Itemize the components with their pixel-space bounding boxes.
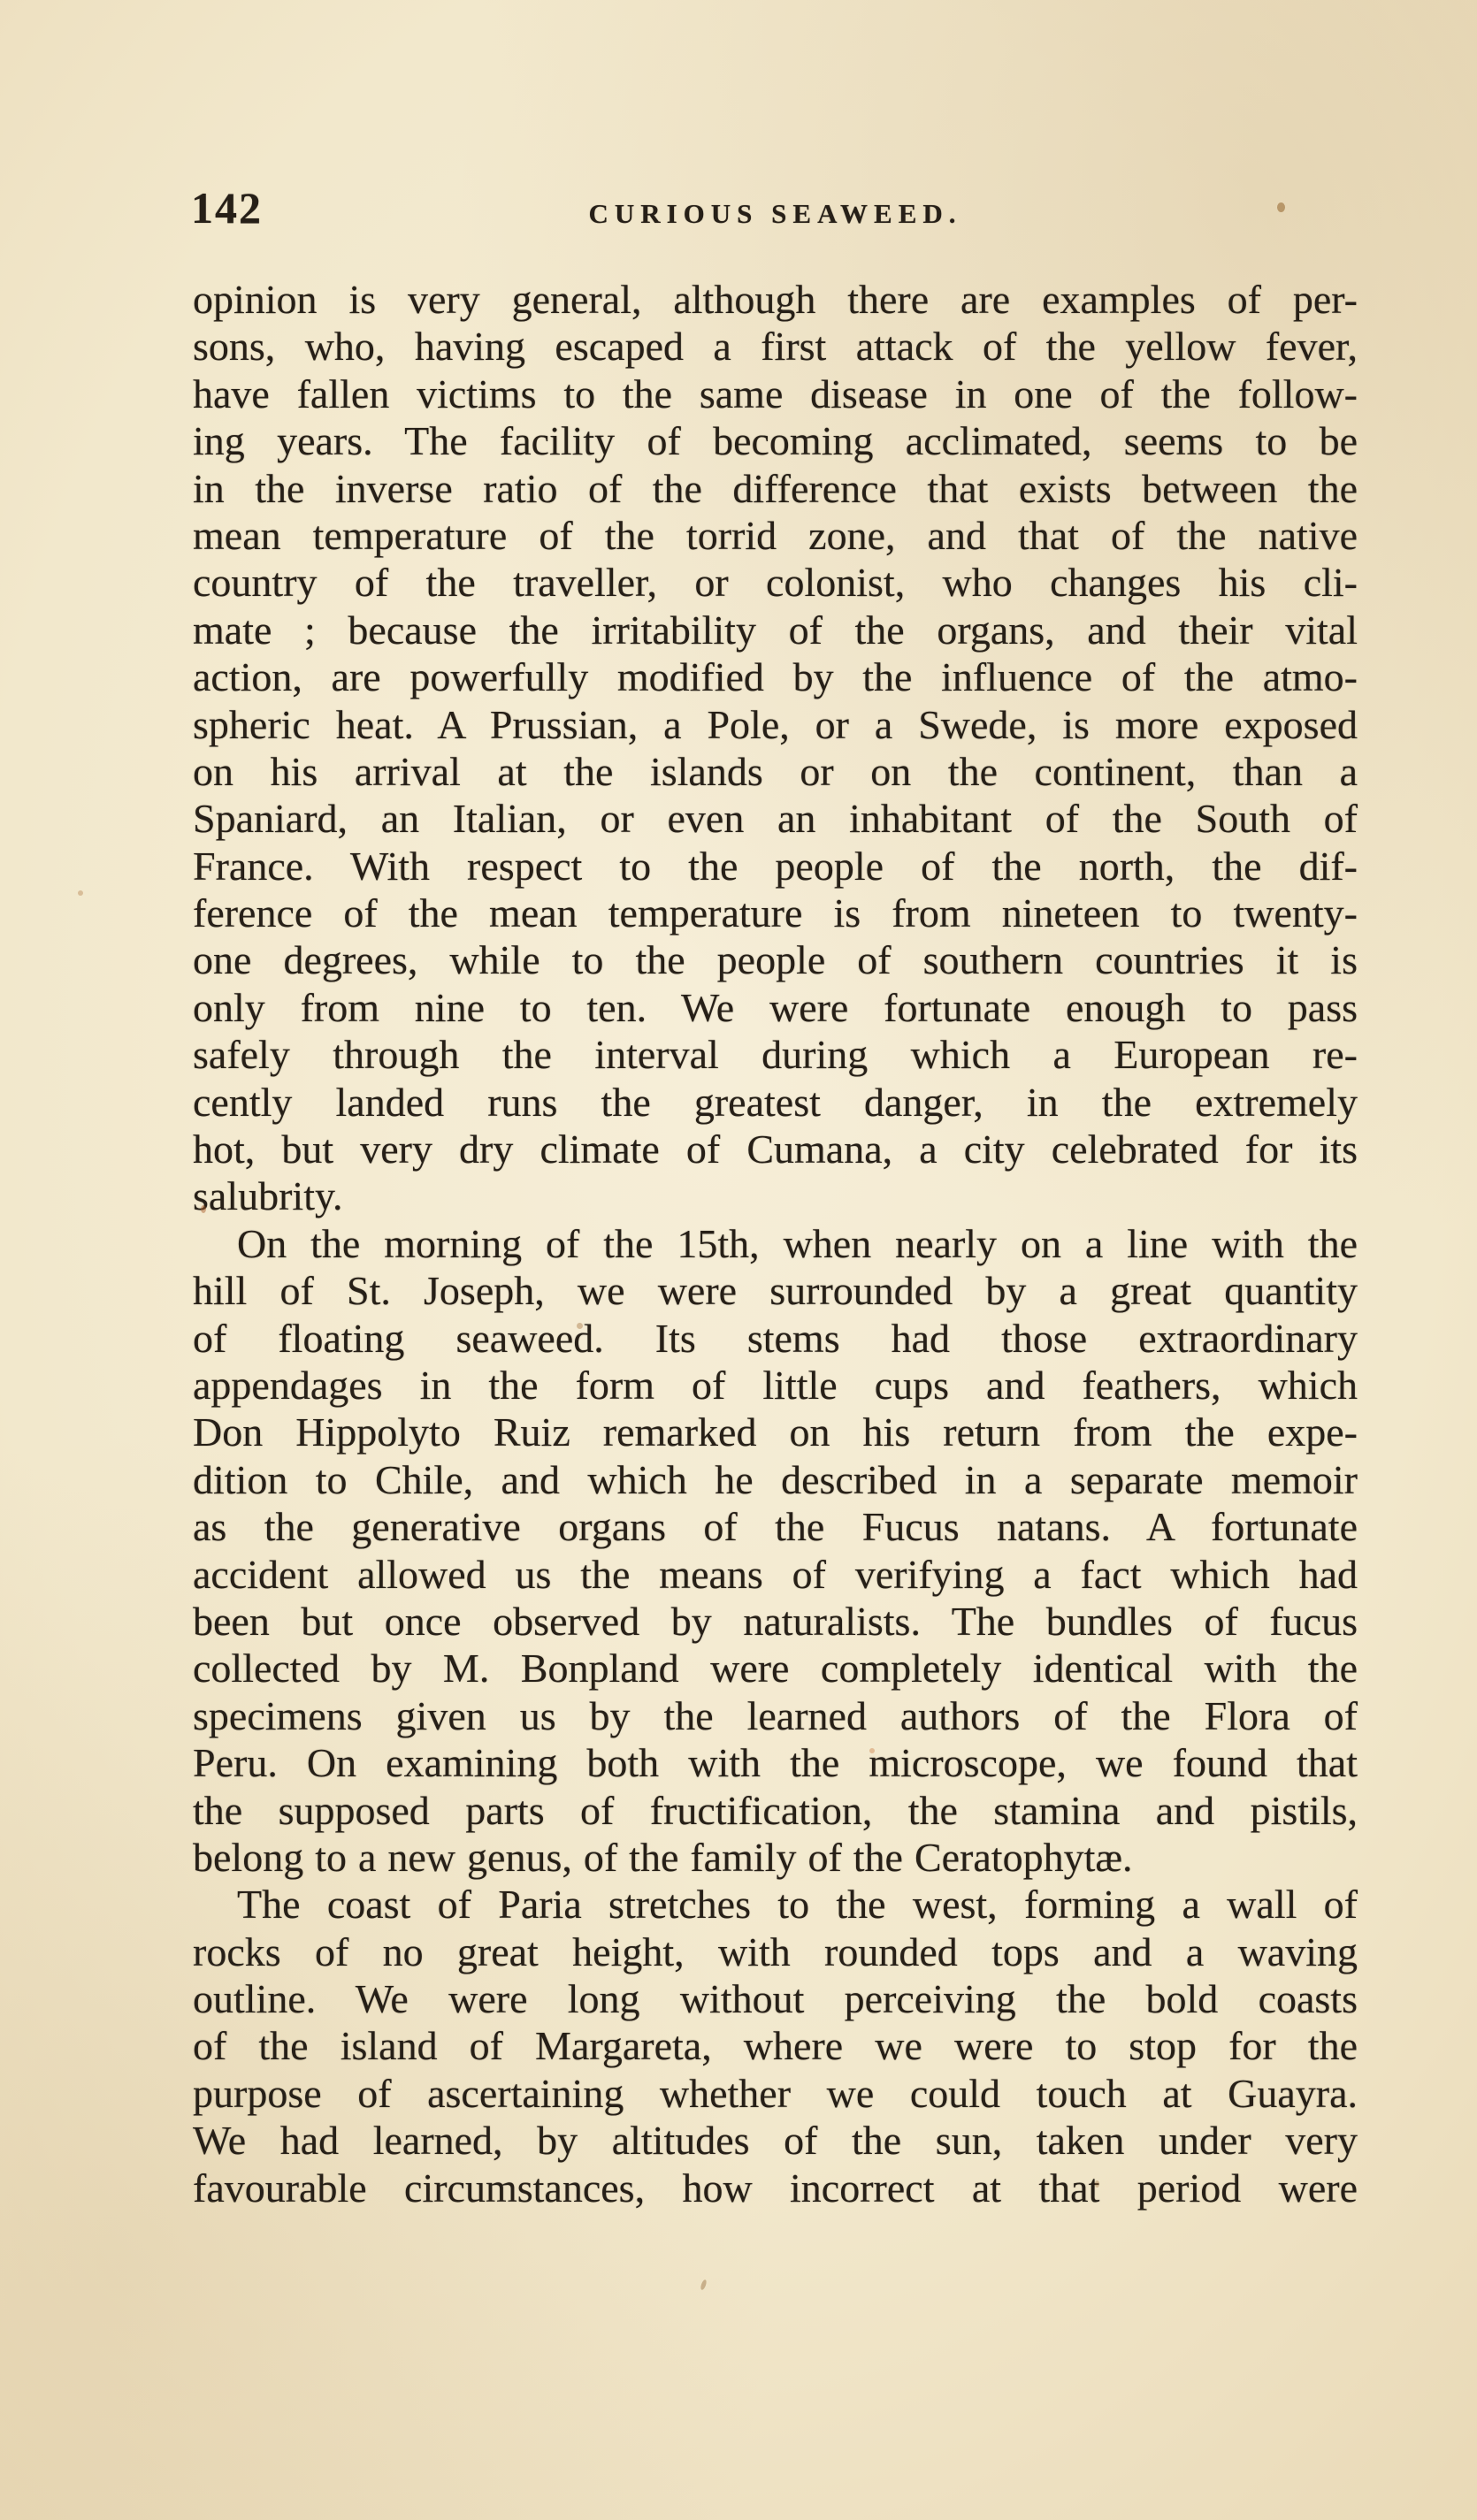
- text-line: as the generative organs of the Fucus na…: [193, 1503, 1358, 1550]
- text-line: spheric heat. A Prussian, a Pole, or a S…: [193, 701, 1358, 748]
- paper-speck: [78, 890, 83, 896]
- text-line: country of the traveller, or colonist, w…: [193, 559, 1358, 606]
- text-line: the supposed parts of fructification, th…: [193, 1787, 1358, 1834]
- text-line: collected by M. Bonpland were completely…: [193, 1645, 1358, 1691]
- text-line: mate ; because the irritability of the o…: [193, 607, 1358, 653]
- text-line: in the inverse ratio of the difference t…: [193, 465, 1358, 512]
- text-line: Peru. On examining both with the microsc…: [193, 1739, 1358, 1786]
- text-line: ing years. The facility of becoming accl…: [193, 417, 1358, 464]
- text-line: sons, who, having escaped a first attack…: [193, 323, 1358, 370]
- text-line: belong to a new genus, of the family of …: [193, 1834, 1358, 1881]
- text-line: On the morning of the 15th, when nearly …: [193, 1220, 1358, 1267]
- text-line: specimens given us by the learned author…: [193, 1692, 1358, 1739]
- text-line: France. With respect to the people of th…: [193, 843, 1358, 890]
- body-text: opinion is very general, although there …: [193, 276, 1358, 2211]
- text-line: We had learned, by altitudes of the sun,…: [193, 2117, 1358, 2164]
- text-line: favourable circumstances, how incorrect …: [193, 2165, 1358, 2211]
- book-page-scan: 142 CURIOUS SEAWEED. opinion is very gen…: [0, 0, 1477, 2520]
- text-line: appendages in the form of little cups an…: [193, 1362, 1358, 1409]
- text-line: purpose of ascertaining whether we could…: [193, 2070, 1358, 2117]
- text-line: opinion is very general, although there …: [193, 276, 1358, 323]
- text-line: been but once observed by naturalists. T…: [193, 1598, 1358, 1645]
- text-line: Spaniard, an Italian, or even an inhabit…: [193, 795, 1358, 842]
- text-line: on his arrival at the islands or on the …: [193, 748, 1358, 795]
- text-line: mean temperature of the torrid zone, and…: [193, 512, 1358, 559]
- text-line: ference of the mean temperature is from …: [193, 890, 1358, 936]
- text-line: of the island of Margareta, where we wer…: [193, 2022, 1358, 2069]
- text-line: dition to Chile, and which he described …: [193, 1456, 1358, 1503]
- text-line: hill of St. Joseph, we were surrounded b…: [193, 1267, 1358, 1314]
- text-line: The coast of Paria stretches to the west…: [193, 1881, 1358, 1928]
- text-line: Don Hippolyto Ruiz remarked on his retur…: [193, 1409, 1358, 1455]
- text-line: rocks of no great height, with rounded t…: [193, 1928, 1358, 1975]
- text-line: hot, but very dry climate of Cumana, a c…: [193, 1126, 1358, 1172]
- text-line: only from nine to ten. We were fortunate…: [193, 984, 1358, 1031]
- text-line: have fallen victims to the same disease …: [193, 370, 1358, 417]
- text-line: safely through the interval during which…: [193, 1031, 1358, 1078]
- text-line: of floating seaweed. Its stems had those…: [193, 1315, 1358, 1362]
- text-line: accident allowed us the means of verifyi…: [193, 1551, 1358, 1598]
- text-line: outline. We were long without perceiving…: [193, 1975, 1358, 2022]
- running-title: CURIOUS SEAWEED.: [193, 198, 1358, 230]
- text-line: cently landed runs the greatest danger, …: [193, 1079, 1358, 1126]
- text-line: salubrity.: [193, 1172, 1358, 1219]
- paper-speck: [700, 2279, 708, 2291]
- text-line: action, are powerfully modified by the i…: [193, 653, 1358, 700]
- text-line: one degrees, while to the people of sout…: [193, 936, 1358, 983]
